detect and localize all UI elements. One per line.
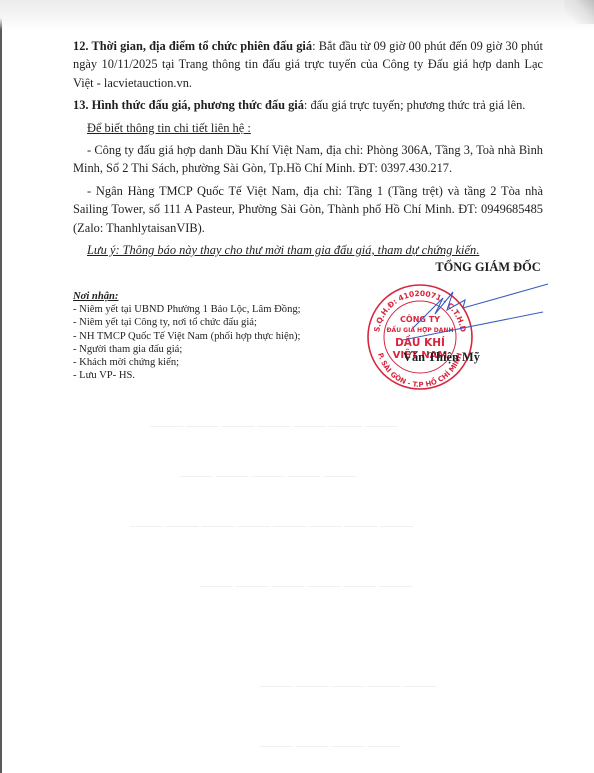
recipient-item: - Niêm yết tại Công ty, nơi tổ chức đấu … [73,316,301,329]
contact-bank: - Ngân Hàng TMCP Quốc Tế Việt Nam, địa c… [73,182,543,237]
signature-block: TỔNG GIÁM ĐỐC [413,258,563,275]
note: Lưu ý: Thông báo này thay cho thư mời th… [73,241,543,259]
scan-shadow [0,0,594,30]
item-13-label: 13. Hình thức đấu giá, phương thức đấu g… [73,98,304,112]
item-13-text: : đấu giá trực tuyến; phương thức trả gi… [304,98,525,112]
recipients-list: Nơi nhận: - Niêm yết tại UBND Phường 1 B… [73,290,301,382]
contact-company: - Công ty đấu giá hợp danh Dầu Khí Việt … [73,141,543,178]
recipient-item: - Niêm yết tại UBND Phường 1 Bảo Lộc, Lâ… [73,303,301,316]
bleed-through-text: ——— ——— ——— ——— ——— ——— ——— ——— [130,520,413,532]
item-13: 13. Hình thức đấu giá, phương thức đấu g… [73,96,543,114]
recipient-item: - Người tham gia đấu giá; [73,343,301,356]
bleed-through-text: ——— ——— ——— ——— [260,740,400,752]
bleed-through-text: ——— ——— ——— ——— ——— [260,680,436,692]
bleed-through-text: ——— ——— ——— ——— ——— ——— ——— [150,420,398,432]
bleed-through-text: ——— ——— ——— ——— ——— [180,470,356,482]
document-body: 12. Thời gian, địa điểm tổ chức phiên đấ… [73,37,543,263]
scan-edge [0,0,2,773]
signer-name: Văn Thiện Mỹ [403,350,480,365]
item-12-label: 12. Thời gian, địa điểm tổ chức phiên đấ… [73,39,312,53]
recipient-item: - Lưu VP- HS. [73,369,301,382]
item-12: 12. Thời gian, địa điểm tổ chức phiên đấ… [73,37,543,92]
recipients-title: Nơi nhận: [73,290,301,303]
bleed-through-text: ——— ——— ——— ——— ——— ——— [200,580,412,592]
signature-scribble-icon [373,278,553,358]
recipient-item: - NH TMCP Quốc Tế Việt Nam (phối hợp thự… [73,330,301,343]
page-curl [564,0,594,24]
signer-title: TỔNG GIÁM ĐỐC [413,260,563,275]
recipient-item: - Khách mời chứng kiến; [73,356,301,369]
contact-heading: Để biết thông tin chi tiết liên hệ : [73,119,543,137]
